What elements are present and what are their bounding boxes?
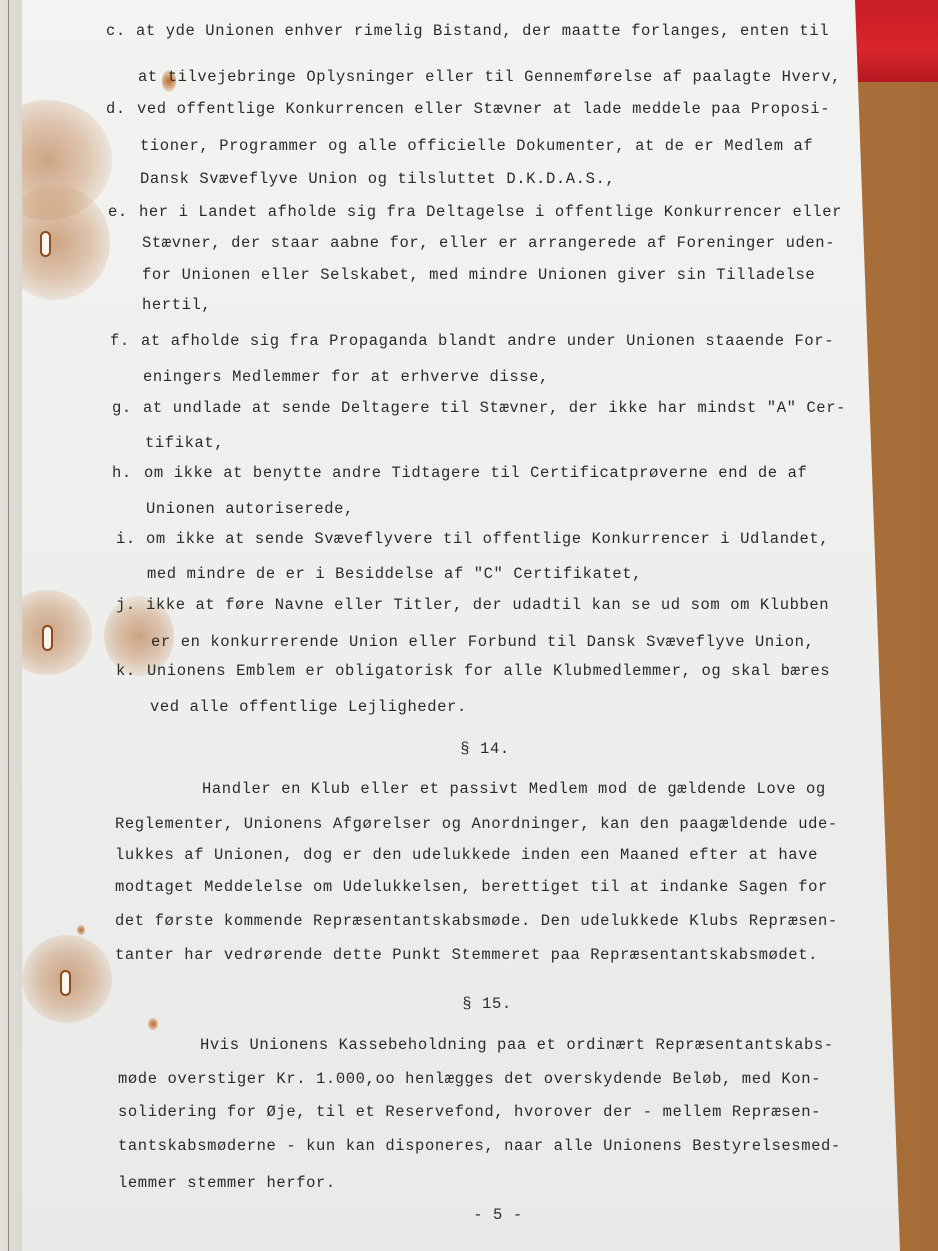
red-object [850, 0, 938, 82]
list-item-marker: c. [106, 22, 126, 40]
list-item-marker: e. [108, 203, 128, 221]
paragraph-line: modtaget Meddelelse om Udelukkelsen, ber… [115, 878, 828, 896]
list-item-marker: d. [106, 100, 126, 118]
list-item-line: ved offentlige Konkurrencen eller Stævne… [137, 100, 830, 118]
list-item-marker: h. [112, 464, 132, 482]
list-item-line: Unionen autoriserede, [146, 500, 354, 518]
list-item-line: om ikke at sende Svæveflyvere til offent… [146, 530, 829, 548]
paragraph-line: tantskabsmøderne - kun kan disponeres, n… [118, 1137, 841, 1155]
list-item-marker: i. [116, 530, 136, 548]
section-heading: § 14. [425, 740, 545, 758]
list-item-line: at afholde sig fra Propaganda blandt and… [141, 332, 834, 350]
list-item-line: er en konkurrerende Union eller Forbund … [151, 633, 814, 651]
paragraph-line: Hvis Unionens Kassebeholdning paa et ord… [200, 1036, 834, 1054]
list-item-line: ikke at føre Navne eller Titler, der uda… [146, 596, 829, 614]
list-item-line: at tilvejebringe Oplysninger eller til G… [138, 68, 841, 86]
list-item-line: Dansk Svæveflyve Union og tilsluttet D.K… [140, 170, 615, 188]
paragraph-line: lemmer stemmer herfor. [118, 1174, 336, 1192]
paragraph-line: tanter har vedrørende dette Punkt Stemme… [115, 946, 818, 964]
paragraph-line: solidering for Øje, til et Reservefond, … [118, 1103, 821, 1121]
paragraph-line: Handler en Klub eller et passivt Medlem … [202, 780, 826, 798]
punch-hole [62, 972, 69, 994]
list-item-line: Stævner, der staar aabne for, eller er a… [142, 234, 835, 252]
paragraph-line: det første kommende Repræsentantskabsmød… [115, 912, 838, 930]
punch-hole [44, 627, 51, 649]
page-number: - 5 - [438, 1206, 558, 1224]
list-item-marker: g. [112, 399, 132, 417]
paragraph-line: Reglementer, Unionens Afgørelser og Anor… [115, 815, 838, 833]
list-item-line: tioner, Programmer og alle officielle Do… [140, 137, 813, 155]
list-item-line: tifikat, [145, 434, 224, 452]
list-item-line: for Unionen eller Selskabet, med mindre … [142, 266, 815, 284]
list-item-line: ved alle offentlige Lejligheder. [150, 698, 467, 716]
list-item-line: at undlade at sende Deltagere til Stævne… [143, 399, 846, 417]
list-item-line: hertil, [142, 296, 211, 314]
section-heading: § 15. [427, 995, 547, 1013]
list-item-marker: k. [116, 662, 136, 680]
list-item-line: eningers Medlemmer for at erhverve disse… [143, 368, 549, 386]
list-item-marker: j. [116, 596, 136, 614]
rust-spot [77, 925, 85, 935]
list-item-line: at yde Unionen enhver rimelig Bistand, d… [136, 22, 829, 40]
list-item-line: Unionens Emblem er obligatorisk for alle… [147, 662, 830, 680]
punch-hole [42, 233, 49, 255]
paragraph-line: lukkes af Unionen, dog er den udelukkede… [115, 846, 818, 864]
paragraph-line: møde overstiger Kr. 1.000,oo henlægges d… [118, 1070, 821, 1088]
rust-spot [148, 1018, 158, 1030]
list-item-line: her i Landet afholde sig fra Deltagelse … [139, 203, 842, 221]
list-item-line: med mindre de er i Besiddelse af "C" Cer… [147, 565, 642, 583]
list-item-line: om ikke at benytte andre Tidtagere til C… [144, 464, 807, 482]
page-edge-line [8, 0, 9, 1251]
list-item-marker: f. [110, 332, 130, 350]
